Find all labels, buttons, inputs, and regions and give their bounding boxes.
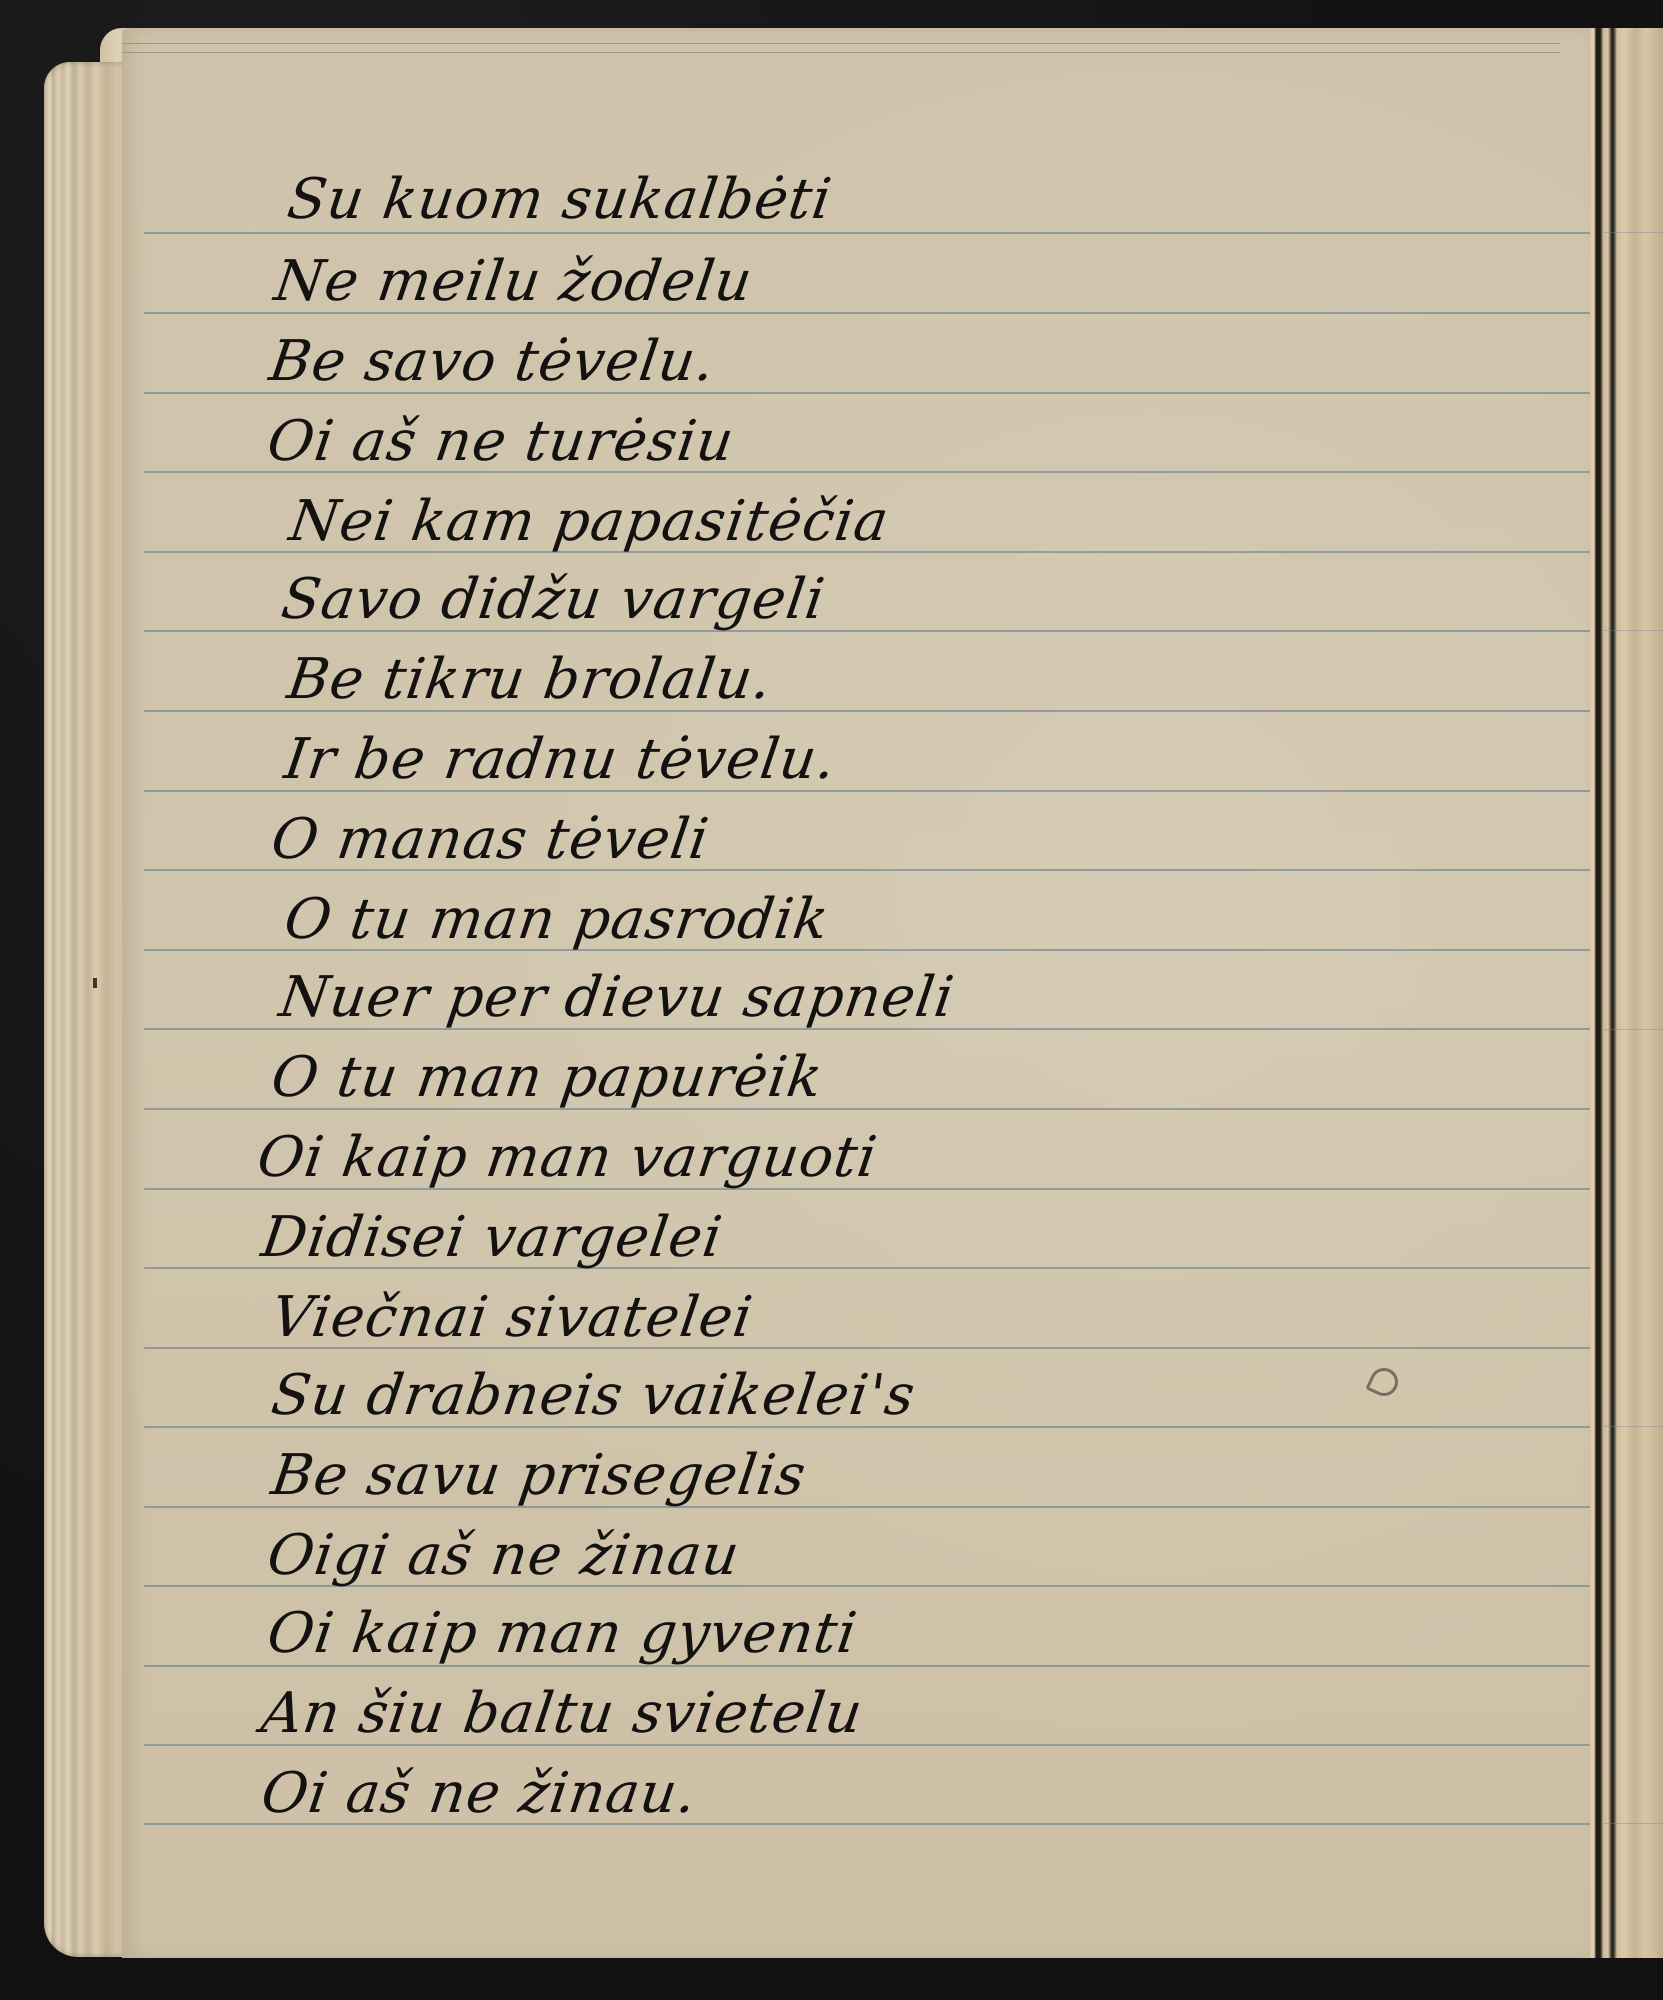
poem-line-6: Savo didžu vargeli [278, 572, 828, 628]
poem-line-7: Be tikru brolalu. [284, 652, 775, 708]
poem-line-19: Oi kaip man gyventi [264, 1606, 860, 1662]
poem-line-17: Be savu prisegelis [268, 1448, 810, 1504]
poem-line-9: O manas tėveli [268, 812, 712, 868]
poem-line-4: Oi aš ne turėsiu [264, 414, 738, 470]
poem-line-12: O tu man papurėik [268, 1050, 826, 1106]
poem-line-11: Nuer per dievu sapneli [276, 970, 958, 1026]
poem-line-13: Oi kaip man varguoti [254, 1130, 881, 1186]
poem-line-2: Ne meilu žodelu [271, 254, 756, 310]
poem-line-1: Su kuom sukalbėti [284, 172, 835, 228]
poem-line-18: Oigi aš ne žinau [264, 1528, 743, 1584]
poem-line-21: Oi aš ne žinau. [258, 1766, 700, 1822]
poem-line-5: Nei kam papasitėčia [286, 494, 892, 550]
poem-line-14: Didisei vargelei [258, 1210, 726, 1266]
poem-line-3: Be savo tėvelu. [266, 334, 718, 390]
poem-line-10: O tu man pasrodik [281, 892, 832, 948]
poem-line-8: Ir be radnu tėvelu. [281, 732, 839, 788]
handwritten-poem: Su kuom sukalbėti Ne meilu žodelu Be sav… [0, 0, 1663, 2000]
poem-line-20: An šiu baltu svietelu [258, 1686, 866, 1742]
poem-line-16: Su drabneis vaikelei's [268, 1368, 919, 1424]
poem-line-15: Viečnai sivatelei [268, 1290, 756, 1346]
